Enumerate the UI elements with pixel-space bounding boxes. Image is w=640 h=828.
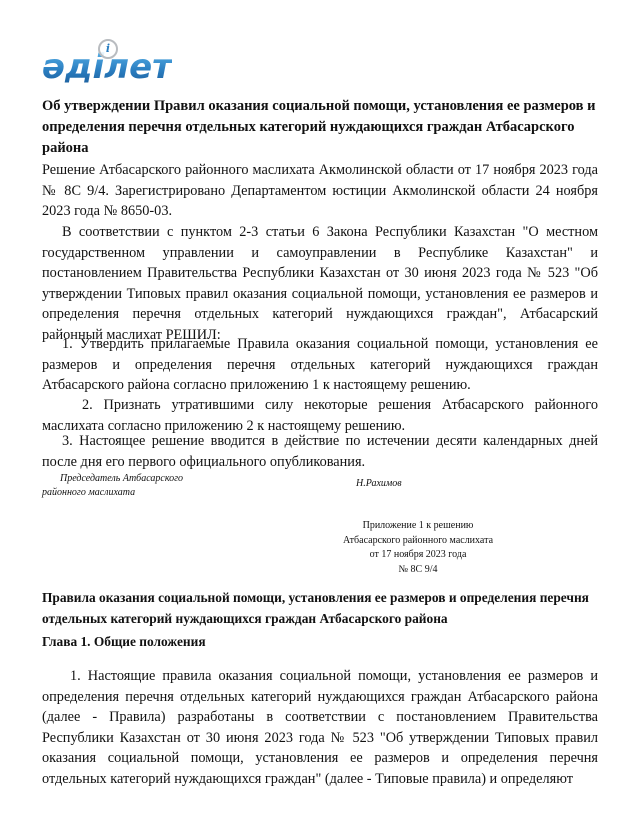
annex-line2: Атбасарского районного маслихата <box>330 534 506 549</box>
signature-name: Н.Рахимов <box>356 478 402 489</box>
item-1: 1. Утвердить прилагаемые Правила оказани… <box>42 334 598 396</box>
preamble: В соответствии с пунктом 2-3 статьи 6 За… <box>42 222 598 346</box>
annex-line4: № 8С 9/4 <box>330 563 506 578</box>
item-2: 2. Признать утратившими силу некоторые р… <box>42 395 598 436</box>
item-3: 3. Настоящее решение вводится в действие… <box>42 431 598 472</box>
signature-position: Председатель Атбасарского районного масл… <box>42 472 183 500</box>
annex-line3: от 17 ноября 2023 года <box>330 548 506 563</box>
adilet-logo[interactable]: әділет i <box>42 45 172 85</box>
signature-position-line2: районного маслихата <box>42 487 135 498</box>
document-title: Об утверждении Правил оказания социально… <box>42 96 602 159</box>
magnifier-icon: i <box>98 39 118 59</box>
chapter-paragraph-1: 1. Настоящие правила оказания социальной… <box>42 666 598 790</box>
rules-title: Правила оказания социальной помощи, уста… <box>42 588 602 629</box>
signature-position-line1: Председатель Атбасарского <box>42 472 183 486</box>
annex-line1: Приложение 1 к решению <box>330 519 506 534</box>
document-page: әділет i Об утверждении Правил оказания … <box>0 0 640 828</box>
decision-info: Решение Атбасарского районного маслихата… <box>42 160 598 222</box>
chapter-title: Глава 1. Общие положения <box>42 634 206 650</box>
annex-reference: Приложение 1 к решению Атбасарского райо… <box>330 519 506 577</box>
